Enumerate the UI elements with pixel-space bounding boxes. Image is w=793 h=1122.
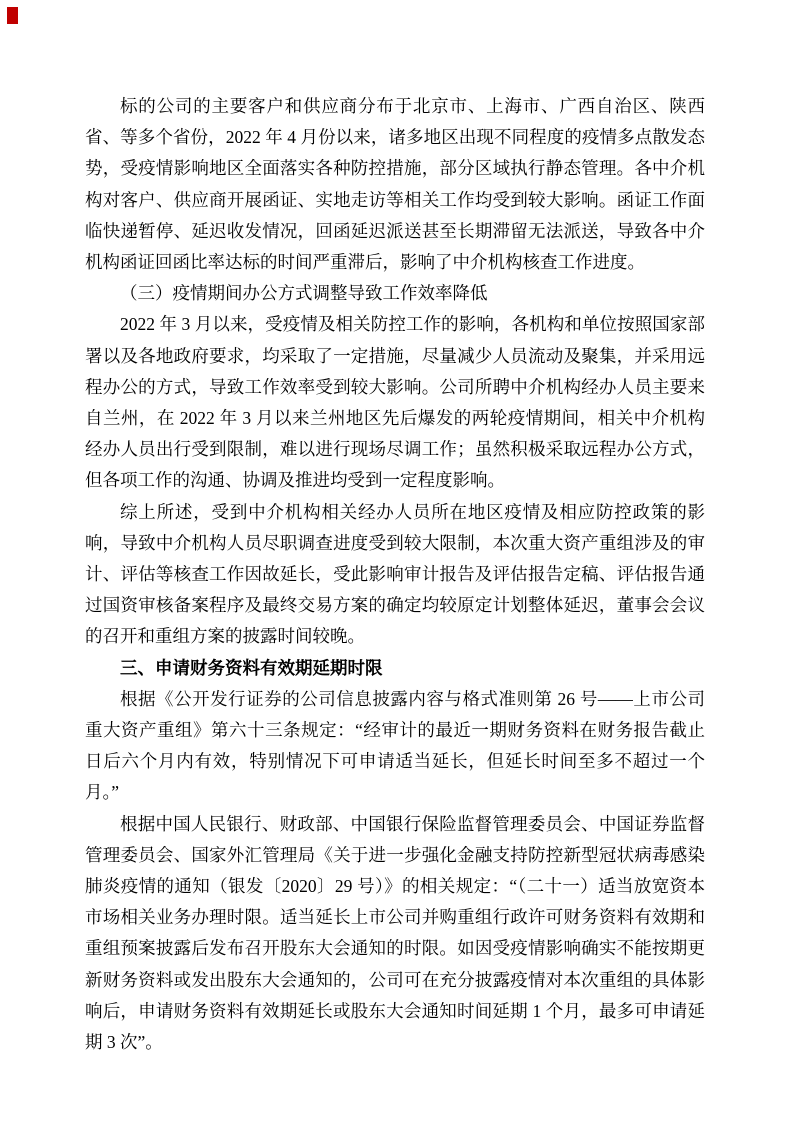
document-body-text: 标的公司的主要客户和供应商分布于北京市、上海市、广西自治区、陕西省、等多个省份，… bbox=[85, 91, 705, 1058]
paragraph-remote-office-impact: 2022 年 3 月以来，受疫情及相关防控工作的影响，各机构和单位按照国家部署以… bbox=[85, 309, 705, 496]
document-page: 标的公司的主要客户和供应商分布于北京市、上海市、广西自治区、陕西省、等多个省份，… bbox=[0, 0, 793, 1122]
paragraph-summary-delay: 综上所述，受到中介机构相关经办人员所在地区疫情及相应防控政策的影响，导致中介机构… bbox=[85, 497, 705, 653]
subheading-section-3-remote-work: （三）疫情期间办公方式调整导致工作效率降低 bbox=[85, 278, 705, 309]
heading-financial-data-validity-extension: 三、申请财务资料有效期延期时限 bbox=[85, 653, 705, 684]
paragraph-rule-26-article-63: 根据《公开发行证券的公司信息披露内容与格式准则第 26 号——上市公司重大资产重… bbox=[85, 684, 705, 809]
red-corner-marker bbox=[7, 7, 18, 24]
paragraph-yinfa-2020-29-provision: 根据中国人民银行、财政部、中国银行保险监督管理委员会、中国证券监督管理委员会、国… bbox=[85, 809, 705, 1059]
paragraph-clients-suppliers-epidemic: 标的公司的主要客户和供应商分布于北京市、上海市、广西自治区、陕西省、等多个省份，… bbox=[85, 91, 705, 278]
